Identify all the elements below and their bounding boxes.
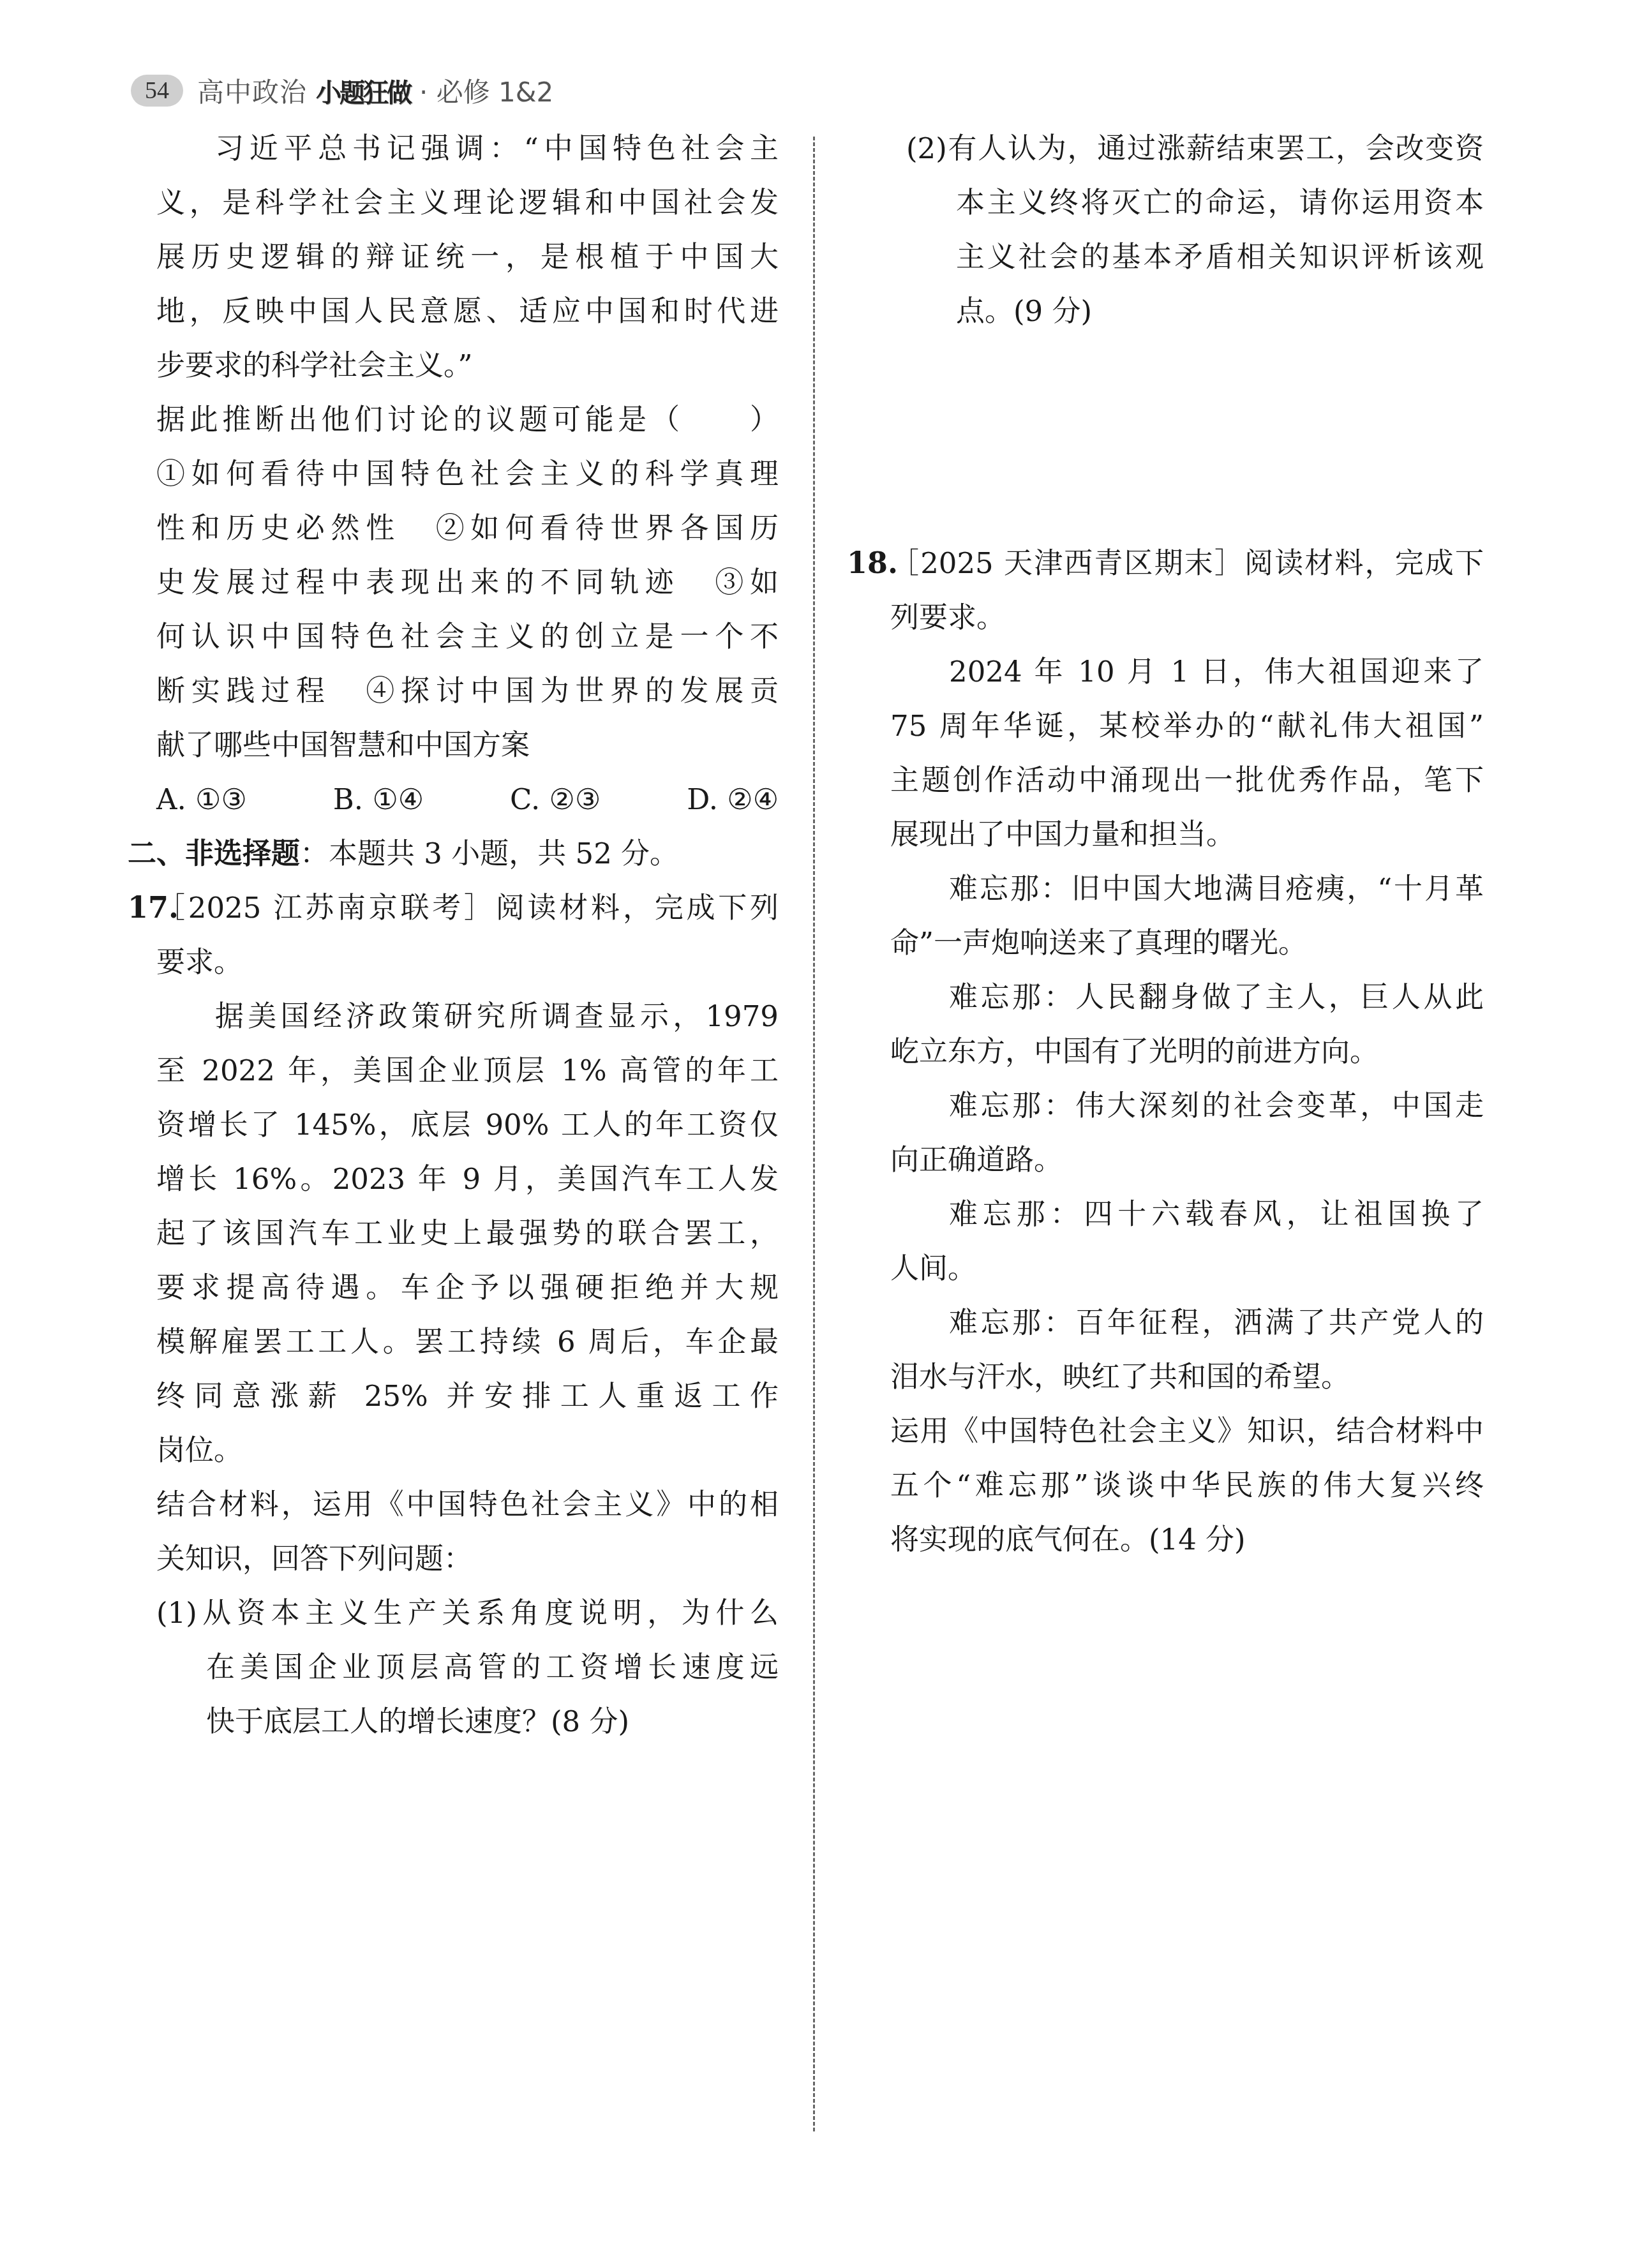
page-header: 54 高中政治 小题狂做 · 必修 1&2	[131, 71, 553, 110]
material-line: 至 2022 年，美国企业顶层 1% 高管的年工	[156, 1043, 779, 1098]
question-source-cont: 要求。	[156, 935, 779, 989]
material-line: 难忘那：人民翻身做了主人，巨人从此	[890, 970, 1484, 1024]
material-line: 据美国经济政策研究所调查显示，1979	[156, 989, 779, 1043]
option-a[interactable]: A. ①③	[156, 772, 247, 826]
material-line: 主题创作活动中涌现出一批优秀作品，笔下	[890, 753, 1484, 807]
material-line: 终同意涨薪 25% 并安排工人重返工作	[156, 1369, 779, 1423]
material-line: 难忘那：百年征程，洒满了共产党人的	[890, 1295, 1484, 1350]
subquestion-2-line: 本主义终将灭亡的命运，请你运用资本	[890, 175, 1484, 230]
material-line: 岗位。	[156, 1423, 779, 1477]
material-line: 要求提高待遇。车企予以强硬拒绝并大规	[156, 1260, 779, 1315]
q16-stem: 据此推断出他们讨论的议题可能是（ ）	[156, 392, 779, 447]
material-line: 泪水与汗水，映红了共和国的希望。	[890, 1350, 1484, 1404]
q16-material: 习近平总书记强调：“中国特色社会主 义，是科学社会主义理论逻辑和中国社会发 展历…	[156, 121, 779, 392]
option-d[interactable]: D. ②④	[687, 772, 779, 826]
material-line: 命”一声炮响送来了真理的曙光。	[890, 916, 1484, 970]
subquestion-2: (2)有人认为，通过涨薪结束罢工，会改变资 本主义终将灭亡的命运，请你运用资本 …	[890, 121, 1484, 338]
statement-line: 断实践过程 ④探讨中国为世界的发展贡	[156, 664, 779, 718]
material-line: 步要求的科学社会主义。”	[156, 338, 779, 392]
material-line: 起了该国汽车工业史上最强势的联合罢工，	[156, 1206, 779, 1260]
column-divider	[813, 137, 815, 2131]
statement-line: 性和历史必然性 ②如何看待世界各国历	[156, 501, 779, 555]
subquestion-1-cont: 快于底层工人的增长速度？(8 分)	[156, 1694, 779, 1749]
question-source: ［2025 江苏南京联考］阅读材料，完成下列	[156, 881, 779, 935]
brand-logo: 小题狂做	[316, 73, 410, 109]
question-line: 运用《中国特色社会主义》知识，结合材料中	[890, 1404, 1484, 1458]
material-line: 难忘那：旧中国大地满目疮痍，“十月革	[890, 862, 1484, 916]
material-line: 75 周年华诞，某校举办的“献礼伟大祖国”	[890, 699, 1484, 753]
material-line: 人间。	[890, 1241, 1484, 1295]
material-line: 展历史逻辑的辩证统一，是根植于中国大	[156, 230, 779, 284]
instruction-line: 结合材料，运用《中国特色社会主义》中的相	[156, 1477, 779, 1532]
q16-options: A. ①③ B. ①④ C. ②③ D. ②④	[156, 772, 779, 826]
material-line: 资增长了 145%，底层 90% 工人的年工资仅	[156, 1098, 779, 1152]
book-title: 高中政治	[197, 71, 307, 110]
answer-space	[890, 338, 1484, 536]
section-title: 二、非选择题	[128, 837, 300, 870]
question-source-cont: 列要求。	[890, 590, 1484, 645]
material-line: 增长 16%。2023 年 9 月，美国汽车工人发	[156, 1152, 779, 1206]
question-source: ［2025 天津西青区期末］阅读材料，完成下	[890, 536, 1484, 590]
material-line: 向正确道路。	[890, 1133, 1484, 1187]
book-subtitle: · 必修 1&2	[419, 71, 553, 110]
subquestion-2-line: 点。(9 分)	[890, 284, 1484, 338]
question-line: 五个“难忘那”谈谈中华民族的伟大复兴终	[890, 1458, 1484, 1512]
material-line: 义，是科学社会主义理论逻辑和中国社会发	[156, 175, 779, 230]
question-number: 18.	[847, 536, 898, 590]
subquestion-1: (1)从资本主义生产关系角度说明，为什么	[156, 1586, 779, 1640]
option-b[interactable]: B. ①④	[333, 772, 424, 826]
material-line: 习近平总书记强调：“中国特色社会主	[156, 121, 779, 175]
material-line: 2024 年 10 月 1 日，伟大祖国迎来了	[890, 645, 1484, 699]
section-heading: 二、非选择题：本题共 3 小题，共 52 分。	[128, 826, 779, 881]
statement-line: 史发展过程中表现出来的不同轨迹 ③如	[156, 555, 779, 609]
q16-statements: ①如何看待中国特色社会主义的科学真理 性和历史必然性 ②如何看待世界各国历 史发…	[156, 447, 779, 772]
question-17: 17. ［2025 江苏南京联考］阅读材料，完成下列 要求。 据美国经济政策研究…	[156, 881, 779, 1749]
left-column: 习近平总书记强调：“中国特色社会主 义，是科学社会主义理论逻辑和中国社会发 展历…	[156, 121, 779, 1749]
question-number: 17.	[128, 881, 179, 935]
instruction-line: 关知识，回答下列问题：	[156, 1532, 779, 1586]
question-line: 将实现的底气何在。(14 分)	[890, 1512, 1484, 1567]
subquestion-2-line: 主义社会的基本矛盾相关知识评析该观	[890, 230, 1484, 284]
page-number-badge: 54	[131, 75, 183, 107]
material-line: 展现出了中国力量和担当。	[890, 807, 1484, 862]
option-c[interactable]: C. ②③	[510, 772, 601, 826]
material-line: 模解雇罢工工人。罢工持续 6 周后，车企最	[156, 1315, 779, 1369]
question-18: 18. ［2025 天津西青区期末］阅读材料，完成下 列要求。 2024 年 1…	[890, 536, 1484, 1567]
material-line: 难忘那：伟大深刻的社会变革，中国走	[890, 1078, 1484, 1133]
material-line: 难忘那：四十六载春风，让祖国换了	[890, 1187, 1484, 1241]
statement-line: 献了哪些中国智慧和中国方案	[156, 718, 779, 772]
subquestion-2-line: (2)有人认为，通过涨薪结束罢工，会改变资	[890, 121, 1484, 175]
subquestion-1-cont: 在美国企业顶层高管的工资增长速度远	[156, 1640, 779, 1694]
statement-line: 何认识中国特色社会主义的创立是一个不	[156, 609, 779, 664]
statement-line: ①如何看待中国特色社会主义的科学真理	[156, 447, 779, 501]
material-line: 屹立东方，中国有了光明的前进方向。	[890, 1024, 1484, 1078]
section-description: ：本题共 3 小题，共 52 分。	[300, 837, 678, 870]
material-line: 地，反映中国人民意愿、适应中国和时代进	[156, 284, 779, 338]
right-column: (2)有人认为，通过涨薪结束罢工，会改变资 本主义终将灭亡的命运，请你运用资本 …	[890, 121, 1484, 1567]
